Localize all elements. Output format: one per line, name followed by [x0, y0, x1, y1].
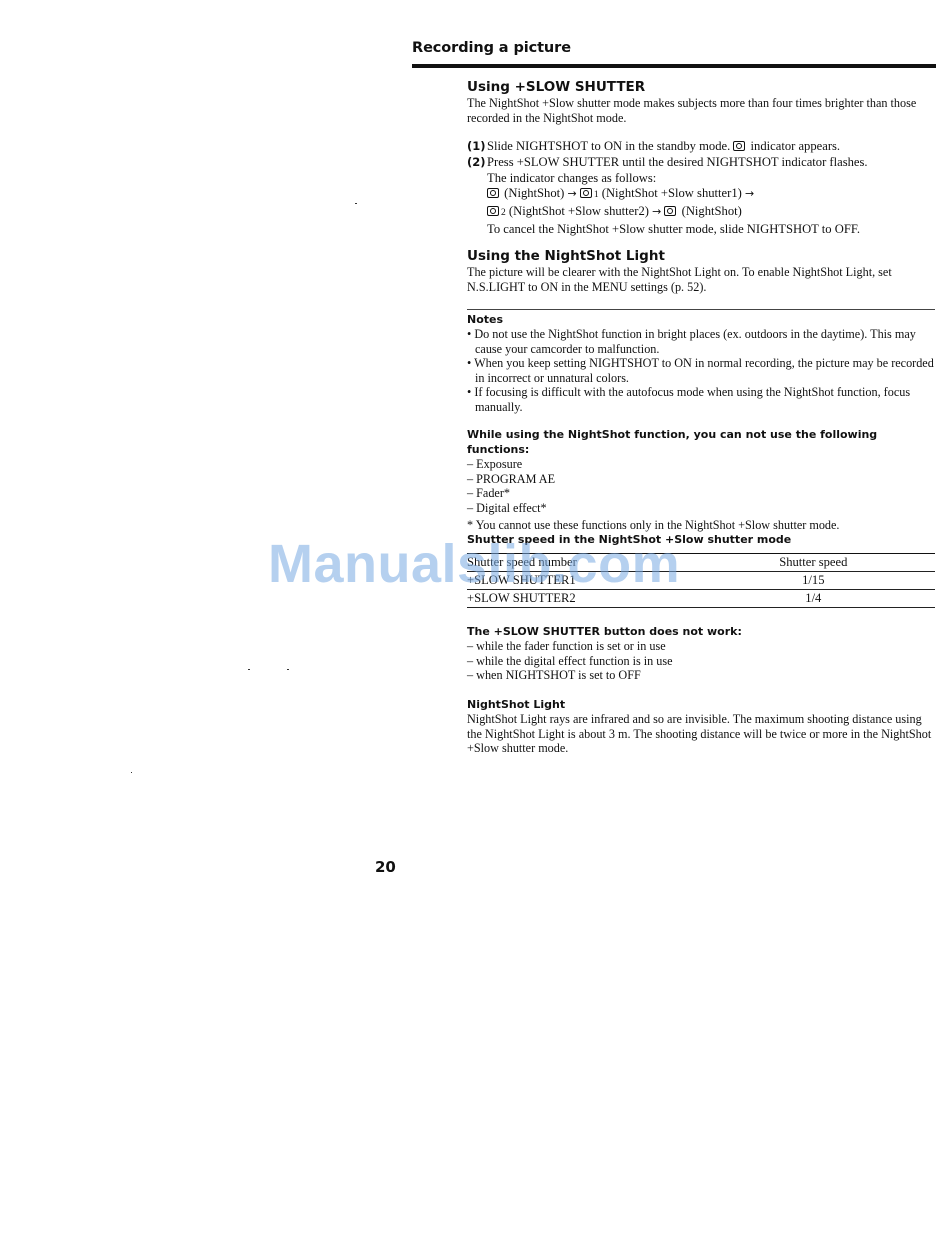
header-rule [412, 64, 936, 68]
scan-artifact [355, 203, 357, 204]
step-number: (1) [467, 139, 487, 155]
restriction-item: – Fader* [467, 486, 935, 501]
nightshot-light-section: Using the NightShot Light The picture wi… [467, 247, 935, 294]
note-item: • Do not use the NightShot function in b… [467, 327, 935, 356]
nightshot-slow2-indicator-icon [487, 206, 499, 216]
restrictions-list: – Exposure – PROGRAM AE – Fader* – Digit… [467, 457, 935, 515]
arrow-right-icon: → [567, 187, 576, 200]
indicator-sequence-line-1: (NightShot) → 1 (NightShot +Slow shutter… [467, 186, 935, 204]
notes-section: Notes • Do not use the NightShot functio… [467, 312, 935, 415]
nightshot-indicator-icon [487, 188, 499, 198]
slow-shutter-section: Using +SLOW SHUTTER The NightShot +Slow … [467, 78, 935, 125]
slow-shutter-steps: (1) Slide NIGHTSHOT to ON in the standby… [467, 139, 935, 238]
sequence-item: (NightShot) [504, 186, 564, 200]
scan-artifact [131, 772, 132, 773]
button-not-work-section: The +SLOW SHUTTER button does not work: … [467, 624, 935, 683]
light-info-heading: NightShot Light [467, 697, 935, 712]
scan-artifact [287, 669, 289, 670]
table-header-cell: Shutter speed number [467, 554, 692, 572]
light-info-text: NightShot Light rays are infrared and so… [467, 712, 935, 756]
notes-divider [467, 309, 935, 310]
restriction-item: – Exposure [467, 457, 935, 472]
note-item: • When you keep setting NIGHTSHOT to ON … [467, 356, 935, 385]
arrow-right-icon: → [652, 205, 661, 218]
nightshot-indicator-icon [733, 141, 745, 151]
button-not-work-list: – while the fader function is set or in … [467, 639, 935, 683]
slow-shutter-intro: The NightShot +Slow shutter mode makes s… [467, 96, 935, 125]
condition-item: – when NIGHTSHOT is set to OFF [467, 668, 935, 683]
light-info-section: NightShot Light NightShot Light rays are… [467, 697, 935, 756]
nightshot-indicator-icon [664, 206, 676, 216]
shutter-speed-table: Shutter speed number Shutter speed +SLOW… [467, 553, 935, 608]
condition-item: – while the digital effect function is i… [467, 654, 935, 669]
step-number: (2) [467, 155, 487, 171]
indicator-subscript: 2 [501, 208, 506, 218]
restrictions-footnote: * You cannot use these functions only in… [467, 518, 935, 533]
sequence-item: (NightShot +Slow shutter1) [602, 186, 742, 200]
step-2: (2) Press +SLOW SHUTTER until the desire… [467, 155, 935, 171]
restriction-item: – Digital effect* [467, 501, 935, 516]
indicator-intro: The indicator changes as follows: [467, 171, 935, 187]
notes-heading: Notes [467, 312, 935, 327]
step-1: (1) Slide NIGHTSHOT to ON in the standby… [467, 139, 935, 155]
page-number: 20 [375, 858, 396, 876]
shutter-table-section: Shutter speed in the NightShot +Slow shu… [467, 532, 935, 547]
step-text: Slide NIGHTSHOT to ON in the standby mod… [487, 139, 730, 153]
button-not-work-heading: The +SLOW SHUTTER button does not work: [467, 624, 935, 639]
table-header-cell: Shutter speed [692, 554, 935, 572]
note-item: • If focusing is difficult with the auto… [467, 385, 935, 414]
table-row: +SLOW SHUTTER1 1/15 [467, 572, 935, 590]
nightshot-light-heading: Using the NightShot Light [467, 247, 935, 265]
slow-shutter-heading: Using +SLOW SHUTTER [467, 78, 935, 96]
sequence-item: (NightShot +Slow shutter2) [509, 204, 649, 218]
table-cell: +SLOW SHUTTER1 [467, 572, 692, 590]
indicator-sequence-line-2: 2 (NightShot +Slow shutter2) → (NightSho… [467, 204, 935, 222]
arrow-right-icon: → [745, 187, 754, 200]
scan-artifact [248, 669, 250, 670]
restrictions-section: While using the NightShot function, you … [467, 427, 935, 533]
table-row: +SLOW SHUTTER2 1/4 [467, 590, 935, 608]
sequence-item: (NightShot) [682, 204, 742, 218]
notes-list: • Do not use the NightShot function in b… [467, 327, 935, 415]
step-text-after-icon: indicator appears. [751, 139, 841, 153]
shutter-table-heading: Shutter speed in the NightShot +Slow shu… [467, 532, 935, 547]
condition-item: – while the fader function is set or in … [467, 639, 935, 654]
table-cell: +SLOW SHUTTER2 [467, 590, 692, 608]
table-cell: 1/4 [692, 590, 935, 608]
nightshot-light-text: The picture will be clearer with the Nig… [467, 265, 935, 294]
table-cell: 1/15 [692, 572, 935, 590]
indicator-subscript: 1 [594, 190, 599, 200]
table-header-row: Shutter speed number Shutter speed [467, 554, 935, 572]
section-title: Recording a picture [412, 40, 571, 56]
nightshot-slow1-indicator-icon [580, 188, 592, 198]
restriction-item: – PROGRAM AE [467, 472, 935, 487]
restrictions-heading: While using the NightShot function, you … [467, 427, 935, 457]
cancel-instruction: To cancel the NightShot +Slow shutter mo… [467, 222, 935, 238]
step-text: Press +SLOW SHUTTER until the desired NI… [487, 155, 935, 171]
